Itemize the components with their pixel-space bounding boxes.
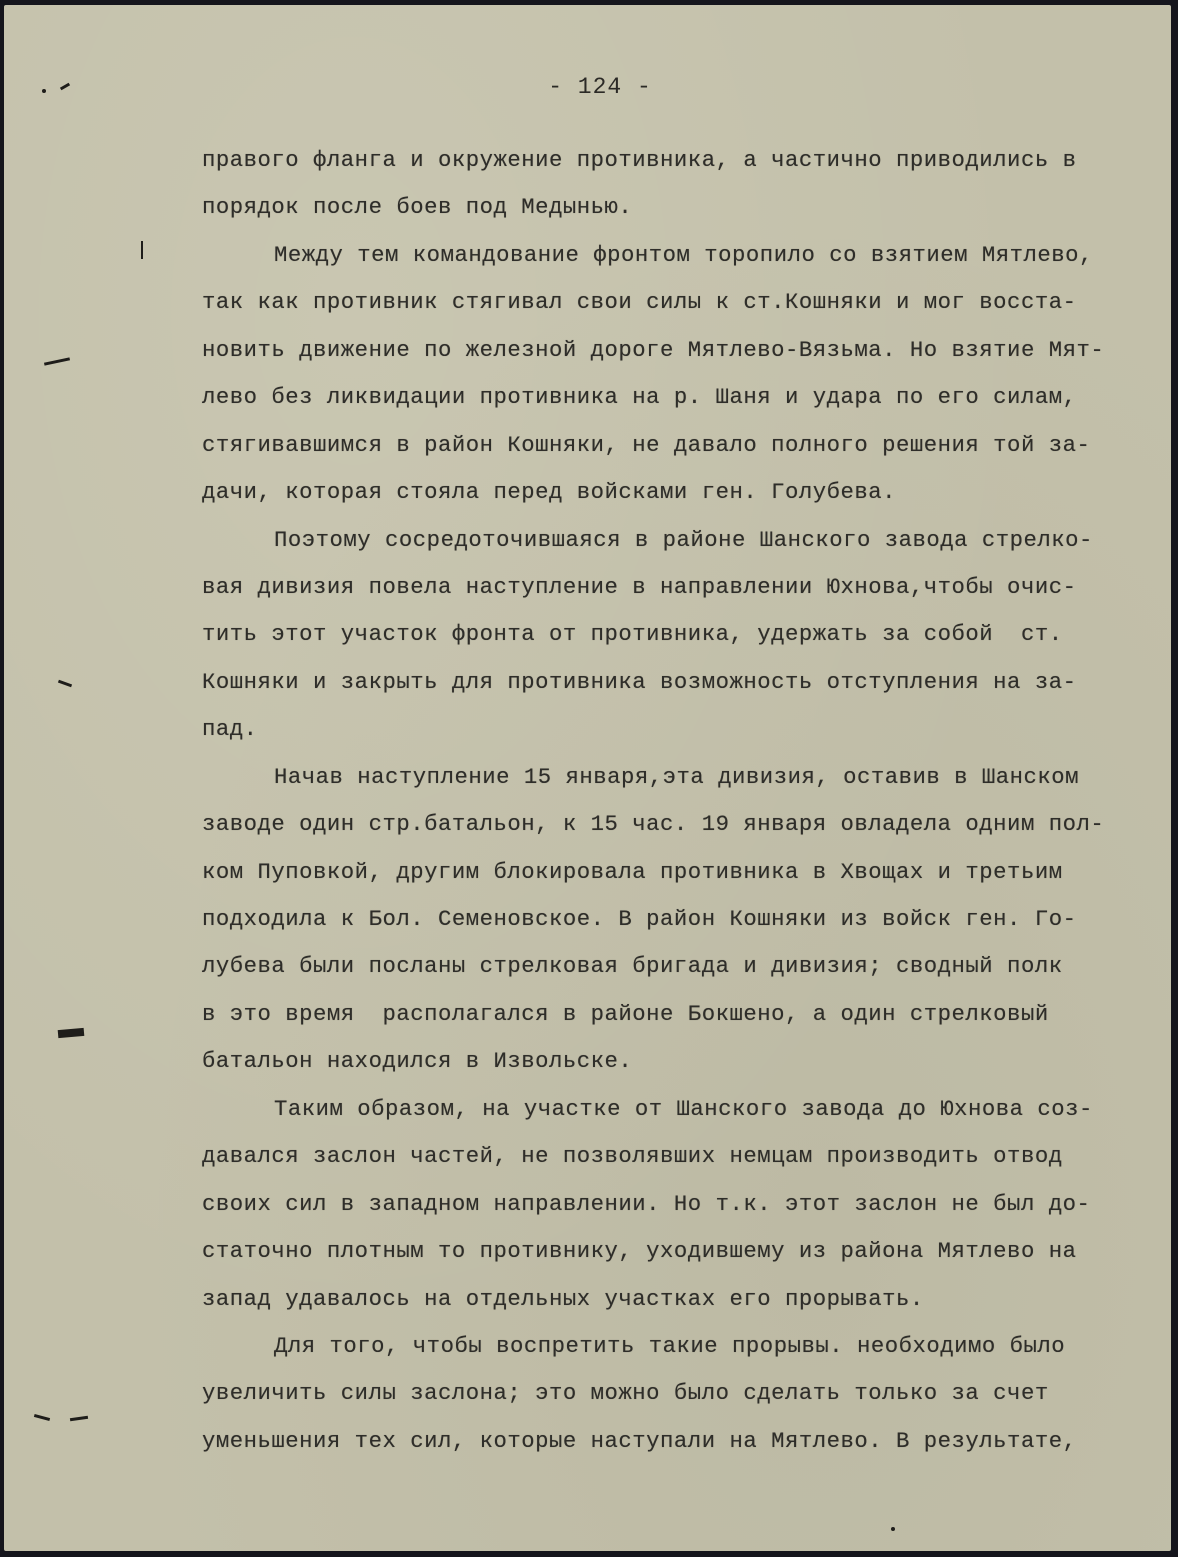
text-line: Таким образом, на участке от Шанского за… [202,1092,1142,1139]
text-line: лубева были посланы стрелковая бригада и… [202,949,1142,996]
paper-blemish [141,241,143,259]
page-number: - 124 - [0,74,1178,100]
text-line: так как противник стягивал свои силы к с… [202,285,1142,332]
text-line: уменьшения тех сил, которые наступали на… [202,1424,1142,1471]
paper-blemish [891,1527,895,1531]
text-line: подходила к Бол. Семеновское. В район Ко… [202,902,1142,949]
text-line: вая дивизия повела наступление в направл… [202,570,1142,617]
text-line: своих сил в западном направлении. Но т.к… [202,1187,1142,1234]
text-line: правого фланга и окружение противника, а… [202,143,1142,190]
text-line: пад. [202,712,1142,759]
punch-hole-mark [34,1414,50,1421]
text-line: Между тем командование фронтом торопило … [202,238,1142,285]
text-line: порядок после боев под Медынью. [202,190,1142,237]
text-line: дачи, которая стояла перед войсками ген.… [202,475,1142,522]
text-line: ком Пуповкой, другим блокировала противн… [202,855,1142,902]
text-line: тить этот участок фронта от противника, … [202,617,1142,664]
text-line: в это время располагался в районе Бокшен… [202,997,1142,1044]
text-line: новить движение по железной дороге Мятле… [202,333,1142,380]
punch-hole-mark [70,1416,88,1421]
punch-hole-mark [44,357,70,365]
document-body: правого фланга и окружение противника, а… [202,143,1142,1471]
text-line: Поэтому сосредоточившаяся в районе Шанск… [202,523,1142,570]
punch-hole-mark [58,1028,85,1038]
punch-hole-mark [58,680,72,688]
text-line: Начав наступление 15 января,эта дивизия,… [202,760,1142,807]
text-line: заводе один стр.батальон, к 15 час. 19 я… [202,807,1142,854]
text-line: давался заслон частей, не позволявших не… [202,1139,1142,1186]
text-line: Кошняки и закрыть для противника возможн… [202,665,1142,712]
text-line: лево без ликвидации противника на р. Шан… [202,380,1142,427]
text-line: Для того, чтобы воспретить такие прорывы… [202,1329,1142,1376]
text-line: стягивавшимся в район Кошняки, не давало… [202,428,1142,475]
text-line: увеличить силы заслона; это можно было с… [202,1376,1142,1423]
text-line: батальон находился в Извольске. [202,1044,1142,1091]
text-line: запад удавалось на отдельных участках ег… [202,1282,1142,1329]
text-line: статочно плотным то противнику, уходивше… [202,1234,1142,1281]
